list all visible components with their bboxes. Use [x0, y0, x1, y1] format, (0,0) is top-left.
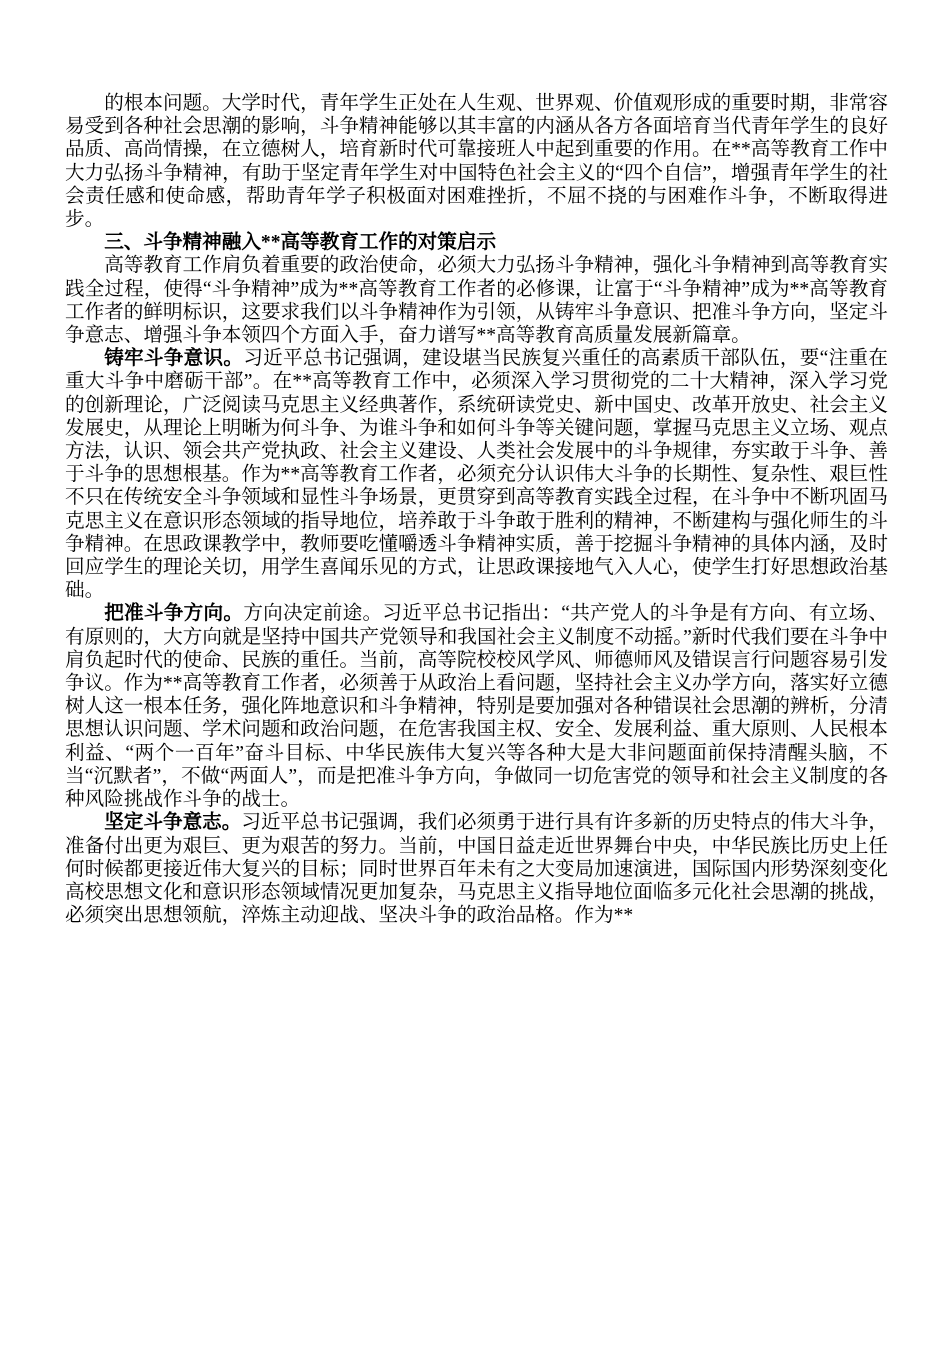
paragraph-intro-continuation: 的根本问题。大学时代，青年学生正处在人生观、世界观、价值观形成的重要时期，非常容…	[65, 92, 888, 231]
section-heading-three: 三、斗争精神融入**高等教育工作的对策启示	[65, 231, 888, 254]
document-page: 的根本问题。大学时代，青年学生正处在人生观、世界观、价值观形成的重要时期，非常容…	[65, 92, 888, 927]
document-background: { "document": { "paragraphs": [ { "lead"…	[0, 0, 950, 1346]
paragraph-overview: 高等教育工作肩负着重要的政治使命，必须大力弘扬斗争精神，强化斗争精神到高等教育实…	[65, 254, 888, 347]
paragraph-strengthen-struggle-will: 坚定斗争意志。习近平总书记强调，我们必须勇于进行具有许多新的历史特点的伟大斗争，…	[65, 811, 888, 927]
paragraph-grasp-struggle-direction: 把准斗争方向。方向决定前途。习近平总书记指出：“共产党人的斗争是有方向、有立场、…	[65, 602, 888, 811]
paragraph-grasp-struggle-direction-text: 方向决定前途。习近平总书记指出：“共产党人的斗争是有方向、有立场、有原则的，大方…	[65, 603, 888, 810]
paragraph-forge-struggle-consciousness: 铸牢斗争意识。习近平总书记强调，建设堪当民族复兴重任的高素质干部队伍，要“注重在…	[65, 347, 888, 602]
lead-grasp-struggle-direction: 把准斗争方向。	[104, 603, 243, 624]
lead-strengthen-struggle-will: 坚定斗争意志。	[104, 812, 241, 833]
lead-forge-struggle-consciousness: 铸牢斗争意识。	[104, 348, 243, 369]
paragraph-forge-struggle-consciousness-text: 习近平总书记强调，建设堪当民族复兴重任的高素质干部队伍，要“注重在重大斗争中磨砺…	[65, 348, 888, 601]
